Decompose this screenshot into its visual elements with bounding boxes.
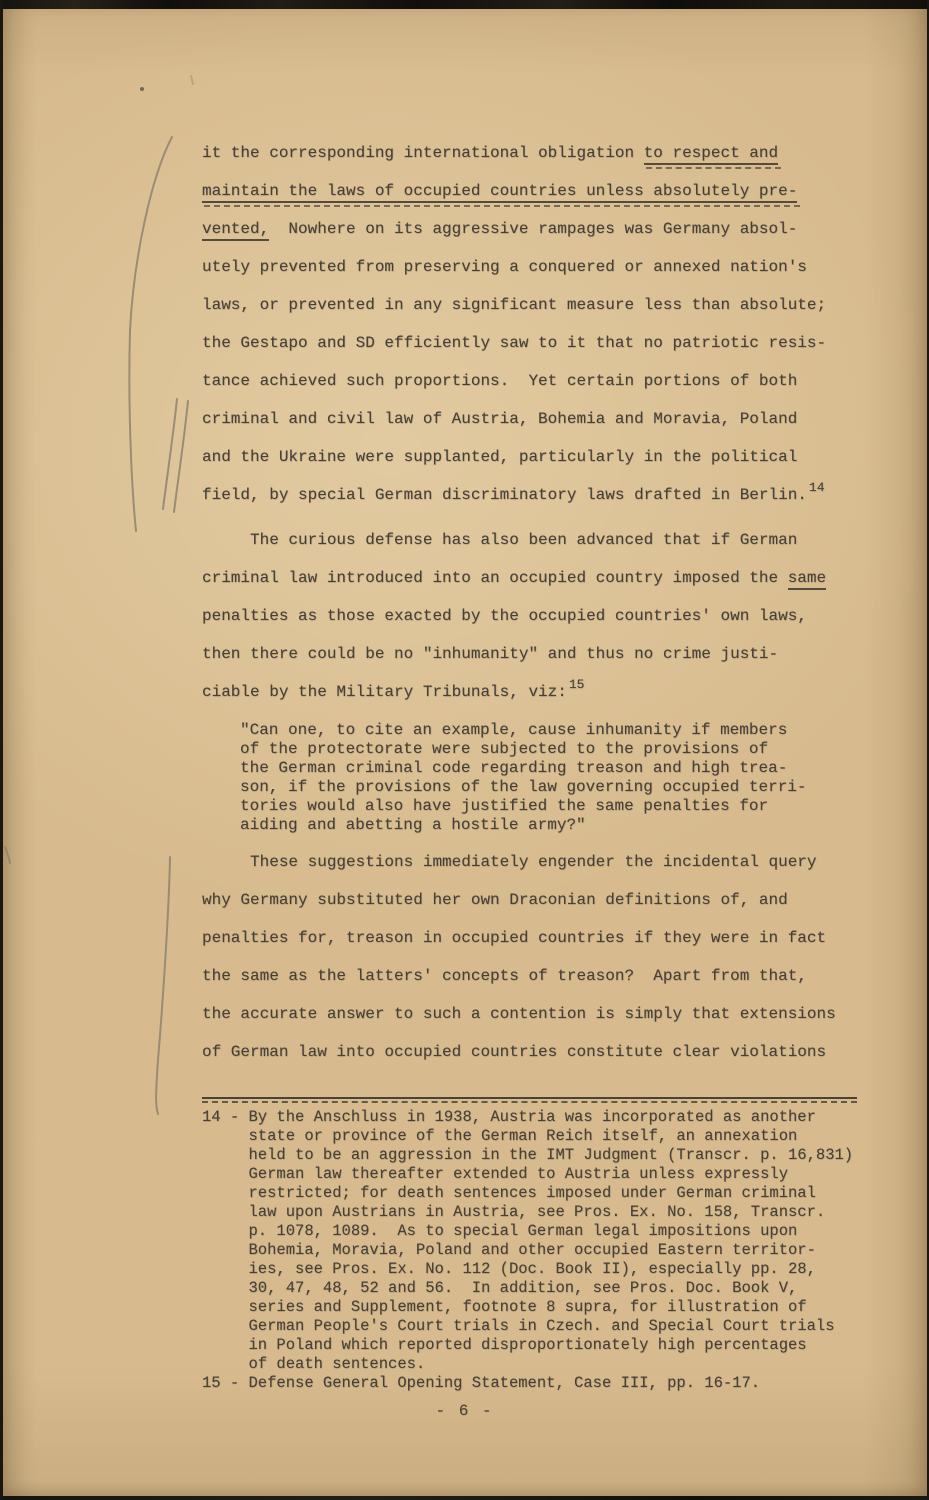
text-line: aiding and abetting a hostile army?": [240, 816, 902, 835]
text-segment: and the Ukraine were supplanted, particu…: [202, 448, 797, 466]
text-segment: penalties for, treason in occupied count…: [202, 929, 826, 947]
text-segment: the Gestapo and SD efficiently saw to it…: [202, 334, 826, 352]
text-segment: The curious defense has also been advanc…: [202, 531, 797, 549]
scan-edge-left: [0, 0, 3, 1500]
footnote-line: restricted; for death sentences imposed …: [202, 1184, 902, 1203]
footnote-line: 30, 47, 48, 52 and 56. In addition, see …: [202, 1279, 902, 1298]
text-segment: These suggestions immediately engender t…: [202, 853, 817, 871]
text-line: laws, or prevented in any significant me…: [202, 296, 902, 334]
text-line: vented, Nowhere on its aggressive rampag…: [202, 220, 902, 258]
text-line: the accurate answer to such a contention…: [202, 1005, 902, 1043]
page-number: - 6 -: [0, 1402, 929, 1420]
pencil-vertical-mark: [156, 857, 170, 1114]
text-segment: why Germany substituted her own Draconia…: [202, 891, 788, 909]
text-line: the same as the latters' concepts of tre…: [202, 967, 902, 1005]
text-segment: maintain the laws of occupied countries …: [202, 182, 797, 203]
text-segment: criminal law introduced into an occupied…: [202, 569, 788, 587]
text-segment: to respect and: [644, 144, 778, 165]
footnotes: 14 - By the Anschluss in 1938, Austria w…: [202, 1108, 902, 1393]
text-line: The curious defense has also been advanc…: [202, 531, 902, 569]
text-segment: penalties as those exacted by the occupi…: [202, 607, 807, 625]
text-segment: the accurate answer to such a contention…: [202, 1005, 836, 1023]
footnote-line: in Poland which reported disproportionat…: [202, 1336, 902, 1355]
pencil-double-line-2: [174, 401, 188, 512]
text-segment: "Can one, to cite an example, cause inhu…: [240, 721, 787, 739]
text-segment: it the corresponding international oblig…: [202, 144, 644, 162]
footnote-line: ies, see Pros. Ex. No. 112 (Doc. Book II…: [202, 1260, 902, 1279]
text-line: and the Ukraine were supplanted, particu…: [202, 448, 902, 486]
footnote-line: law upon Austrians in Austria, see Pros.…: [202, 1203, 902, 1222]
text-line: the German criminal code regarding treas…: [240, 759, 902, 778]
paragraph: These suggestions immediately engender t…: [202, 853, 902, 1081]
pencil-double-line-1: [163, 399, 177, 509]
text-line: field, by special German discriminatory …: [202, 486, 902, 524]
footnote-section: 14 - By the Anschluss in 1938, Austria w…: [202, 1081, 902, 1393]
text-segment: vented,: [202, 220, 269, 241]
text-segment: then there could be no "inhumanity" and …: [202, 645, 778, 663]
footnote-line: held to be an aggression in the IMT Judg…: [202, 1146, 902, 1165]
text-segment: criminal and civil law of Austria, Bohem…: [202, 410, 797, 428]
document-body: it the corresponding international oblig…: [202, 144, 902, 1081]
text-line: maintain the laws of occupied countries …: [202, 182, 902, 220]
pencil-curve-mark: [129, 137, 172, 531]
text-line: why Germany substituted her own Draconia…: [202, 891, 902, 929]
text-line: penalties as those exacted by the occupi…: [202, 607, 902, 645]
text-segment: laws, or prevented in any significant me…: [202, 296, 826, 314]
text-segment: utely prevented from preserving a conque…: [202, 258, 807, 276]
text-line: then there could be no "inhumanity" and …: [202, 645, 902, 683]
text-segment: of the protectorate were subjected to th…: [240, 740, 768, 758]
text-line: the Gestapo and SD efficiently saw to it…: [202, 334, 902, 372]
pencil-edge-tick: [5, 847, 10, 863]
footnote-line: Bohemia, Moravia, Poland and other occup…: [202, 1241, 902, 1260]
block-quote: "Can one, to cite an example, cause inhu…: [240, 721, 902, 835]
text-segment: Nowhere on its aggressive rampages was G…: [269, 220, 797, 238]
text-segment: of German law into occupied countries co…: [202, 1043, 826, 1061]
footnote-line: p. 1078, 1089. As to special German lega…: [202, 1222, 902, 1241]
footnote-line: series and Supplement, footnote 8 supra,…: [202, 1298, 902, 1317]
footnote-separator: [202, 1097, 857, 1103]
text-segment: aiding and abetting a hostile army?": [240, 816, 586, 834]
text-line: utely prevented from preserving a conque…: [202, 258, 902, 296]
text-segment: the same as the latters' concepts of tre…: [202, 967, 807, 985]
text-line: criminal law introduced into an occupied…: [202, 569, 902, 607]
text-line: tories would also have justified the sam…: [240, 797, 902, 816]
text-line: of German law into occupied countries co…: [202, 1043, 902, 1081]
text-segment: tance achieved such proportions. Yet cer…: [202, 372, 797, 390]
ink-dot: [140, 87, 144, 91]
scan-edge-top: [0, 0, 929, 9]
footnote-line: German law thereafter extended to Austri…: [202, 1165, 902, 1184]
footnote-reference: 15: [569, 677, 585, 692]
text-line: it the corresponding international oblig…: [202, 144, 902, 182]
text-line: "Can one, to cite an example, cause inhu…: [240, 721, 902, 740]
text-line: penalties for, treason in occupied count…: [202, 929, 902, 967]
footnote-line: 15 - Defense General Opening Statement, …: [202, 1374, 902, 1393]
footnote-line: German People's Court trials in Czech. a…: [202, 1317, 902, 1336]
footnote-reference: 14: [809, 480, 825, 495]
text-line: of the protectorate were subjected to th…: [240, 740, 902, 759]
text-line: son, if the provisions of the law govern…: [240, 778, 902, 797]
text-segment: tories would also have justified the sam…: [240, 797, 768, 815]
scanned-document-page: it the corresponding international oblig…: [0, 0, 929, 1500]
text-segment: ciable by the Military Tribunals, viz:: [202, 683, 567, 701]
footnote-line: of death sentences.: [202, 1355, 902, 1374]
scan-edge-bottom: [0, 1496, 929, 1500]
text-segment: the German criminal code regarding treas…: [240, 759, 787, 777]
paragraph: The curious defense has also been advanc…: [202, 531, 902, 721]
text-segment: field, by special German discriminatory …: [202, 486, 807, 504]
footnote-line: state or province of the German Reich it…: [202, 1127, 902, 1146]
ink-speck: [191, 76, 193, 84]
text-segment: son, if the provisions of the law govern…: [240, 778, 807, 796]
text-line: criminal and civil law of Austria, Bohem…: [202, 410, 902, 448]
paragraph: it the corresponding international oblig…: [202, 144, 902, 524]
footnote-line: 14 - By the Anschluss in 1938, Austria w…: [202, 1108, 902, 1127]
text-segment: same: [788, 569, 826, 590]
text-line: tance achieved such proportions. Yet cer…: [202, 372, 902, 410]
text-line: ciable by the Military Tribunals, viz:15: [202, 683, 902, 721]
text-line: These suggestions immediately engender t…: [202, 853, 902, 891]
